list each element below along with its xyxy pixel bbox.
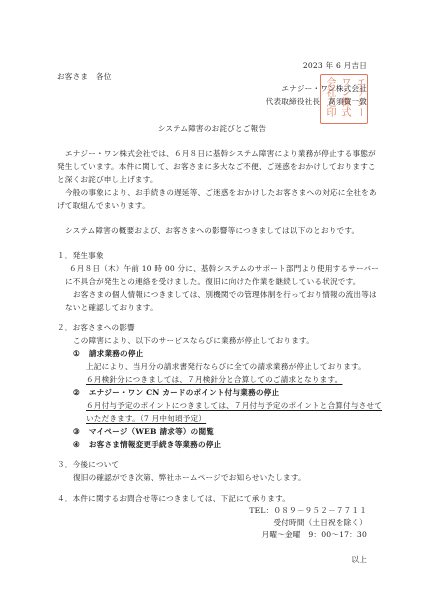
- section-4-heading: ４．本件に関するお問合せ等につきましては、下記にて承ります。: [57, 494, 290, 504]
- impact-item-2: ② エナジー・ワン CN カードのポイント付与業務の停止: [73, 388, 279, 398]
- section-2-lead: この障害により、以下のサービスならびに業務が停止しております。: [73, 336, 314, 346]
- section-1-heading: １．発生事象: [57, 251, 104, 261]
- item-title: マイページ（WEB 請求等）の閲覧: [89, 427, 214, 436]
- intro-line: げて取組んでまいります。: [57, 201, 150, 211]
- item-title: お客さま情報変更手続き等業務の停止: [89, 440, 222, 449]
- document-page: 2023 年 6 月吉日 お客さま 各位 エナジー ワン株式 会社之印 エナジー…: [0, 0, 424, 600]
- item-number: ③: [73, 427, 80, 436]
- contact-phone: TEL：０８９－９５２－７７１１: [249, 506, 367, 516]
- document-title: システム障害のお詫びとご報告: [0, 124, 424, 134]
- representative-name: 代表取締役社長 髙須賀一敦: [266, 97, 367, 107]
- closing-mark: 以上: [351, 555, 367, 565]
- company-name: エナジー・ワン株式会社: [281, 84, 367, 94]
- section-1-line: に不具合が発生との連絡を受けました。復旧に向けた作業を継続している状況です。: [65, 277, 361, 287]
- addressee: お客さま 各位: [57, 72, 112, 82]
- intro-line: 今般の事象により、お手続きの遅延等、ご迷惑をおかけしたお客さまへの対応に全社をあ: [65, 188, 377, 198]
- section-2-heading: ２．お客さまへの影響: [57, 323, 135, 333]
- impact-item-3: ③ マイページ（WEB 請求等）の閲覧: [73, 427, 214, 437]
- contact-hours-label: 受付時間（土日祝を除く）: [273, 518, 367, 528]
- intro-line: エナジー・ワン株式会社では、６月８日に基幹システム障害により業務が停止する事態が: [65, 149, 376, 159]
- section-3-line: 復旧の確認ができ次第、弊社ホームページでお知らせいたします。: [73, 473, 306, 483]
- item-number: ④: [73, 440, 80, 449]
- impact-item-1-detail: 上記により、当月分の請求書発行ならびに全ての請求業務が停止しております。: [86, 362, 366, 372]
- section-1-line: ないと確認しております。: [65, 303, 158, 313]
- intro-line: 発生しています。本件に関して、お客さまに多大なご不便、ご迷惑をおかけしております…: [57, 162, 376, 172]
- section-3-heading: ３．今後について: [57, 460, 119, 470]
- item-title: 請求業務の停止: [89, 349, 144, 358]
- contact-hours: 月曜～金曜 9：00～17：30: [262, 530, 367, 540]
- impact-item-1: ① 請求業務の停止: [73, 349, 143, 359]
- impact-item-4: ④ お客さま情報変更手続き等業務の停止: [73, 440, 221, 450]
- impact-item-1-note: ６月検針分につきましては、７月検針分と合算してのご請求となります。: [86, 375, 342, 385]
- item-number: ①: [73, 349, 80, 358]
- impact-item-2-note: ６月付与予定のポイントにつきましては、７月付与予定のポイントと合算付与させて: [86, 401, 382, 411]
- section-1-line: お客さまの個人情報につきましては、別機関での管理体制を行っており情報の流出等は: [73, 290, 377, 300]
- item-number: ②: [73, 388, 80, 397]
- intro-summary: システム障害の概要および、お客さまへの影響等につきましては以下のとおりです。: [65, 226, 359, 236]
- item-title: エナジー・ワン CN カードのポイント付与業務の停止: [89, 388, 279, 397]
- intro-line: と深くお詫び申し上げます。: [57, 175, 158, 185]
- impact-item-2-note: いただきます。（7 月中旬頃予定）: [86, 414, 206, 424]
- document-date: 2023 年 6 月吉日: [303, 61, 367, 71]
- section-1-line: ６月８日（木）午前 10 時 00 分に、基幹システムのサポート部門より使用する…: [69, 264, 379, 274]
